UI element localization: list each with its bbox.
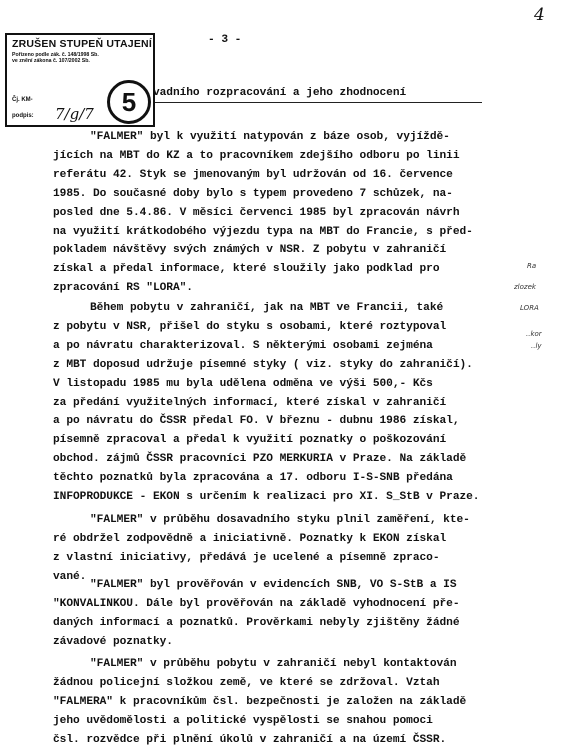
margin-note: ..ly [531,342,542,350]
text-line: "KONVALINKOU. Dále byl prověřován na zák… [53,598,459,611]
text-line: obchod. zájmů ČSSR pracovníci PZO MERKUR… [53,453,466,466]
text-line: a po návratu do ČSSR předal FO. V březnu… [53,415,459,428]
stamp-circle-number: 5 [110,87,148,118]
typed-page-number: - 3 - [208,34,241,46]
text-line: referátu 42. Styk se jmenovaným byl udrž… [53,169,453,182]
text-line: z pobytu v NSR, přišel do styku s osobam… [53,321,446,334]
document-page: 4 - 3 - 5). Průběh dosavadního rozpracov… [0,0,571,749]
text-line: na využití krátkodobého výjezdu typa na … [53,226,473,239]
margin-note: LORA [520,304,539,312]
text-line: z MBT doposud udržuje písemné styky ( vi… [53,359,473,372]
text-line: daných informací a poznatků. Prověrkami … [53,617,459,630]
text-line: "FALMERA" k pracovníkům čsl. bezpečnosti… [53,696,466,709]
text-line: Během pobytu v zahraničí, jak na MBT ve … [90,302,443,315]
text-line: "FALMER" byl k využití natypován z báze … [90,131,450,144]
text-line: "FALMER" v průběhu pobytu v zahraničí ne… [90,658,457,671]
text-line: čsl. rozvědce při plnění úkolů v zahrani… [53,734,446,747]
stamp-reg-label: Čj. KM- [12,97,33,103]
stamp-title: ZRUŠEN STUPEŇ UTAJENÍ [12,38,152,50]
text-line: zpracování RS "LORA". [53,282,193,295]
handwritten-page-number: 4 [534,5,545,25]
text-line: z vlastní iniciativy, předává je ucelené… [53,552,440,565]
text-line: pokladem návštěvy svých známých v NSR. Z… [53,244,446,257]
text-line: posled dne 5.4.86. V měsíci červenci 198… [53,207,459,220]
declassification-stamp: ZRUŠEN STUPEŇ UTAJENÍ Pořízeno podle zák… [5,33,155,127]
text-line: za předání využitelných informací, které… [53,397,446,410]
text-line: vané. [53,571,86,584]
text-line: žádnou policejní složkou země, ve které … [53,677,440,690]
text-line: ré obdržel zodpovědně a iniciativně. Poz… [53,533,446,546]
text-line: "FALMER" v průběhu dosavadního styku pln… [90,514,470,527]
text-line: jeho uvědomělosti a politické vyspělosti… [53,715,433,728]
margin-note: zlozek [514,283,536,291]
stamp-sign-label: podpis: [12,113,34,119]
stamp-subtitle-2: ve znění zákona č. 107/2002 Sb. [12,58,90,64]
stamp-circle: 5 [107,80,151,124]
margin-note: ..kor [526,330,542,338]
text-line: jících na MBT do KZ a to pracovníkem zde… [53,150,459,163]
text-line: V listopadu 1985 mu byla udělena odměna … [53,378,433,391]
text-line: INFOPRODUKCE - EKON s určením k realizac… [53,491,479,504]
stamp-signature: 7/g/7 [55,105,94,123]
text-line: 1985. Do současné doby bylo s typem prov… [53,188,453,201]
text-line: a po návratu charakterizoval. S některým… [53,340,433,353]
text-line: "FALMER" byl prověřován v evidencích SNB… [90,579,457,592]
margin-note: Ra [527,262,536,270]
text-line: závadové poznatky. [53,636,173,649]
text-line: těchto poznatků byla zpracována a 17. od… [53,472,453,485]
text-line: získal a předal informace, které sloužil… [53,263,440,276]
text-line: písemně zpracoval a předal k využití poz… [53,434,446,447]
